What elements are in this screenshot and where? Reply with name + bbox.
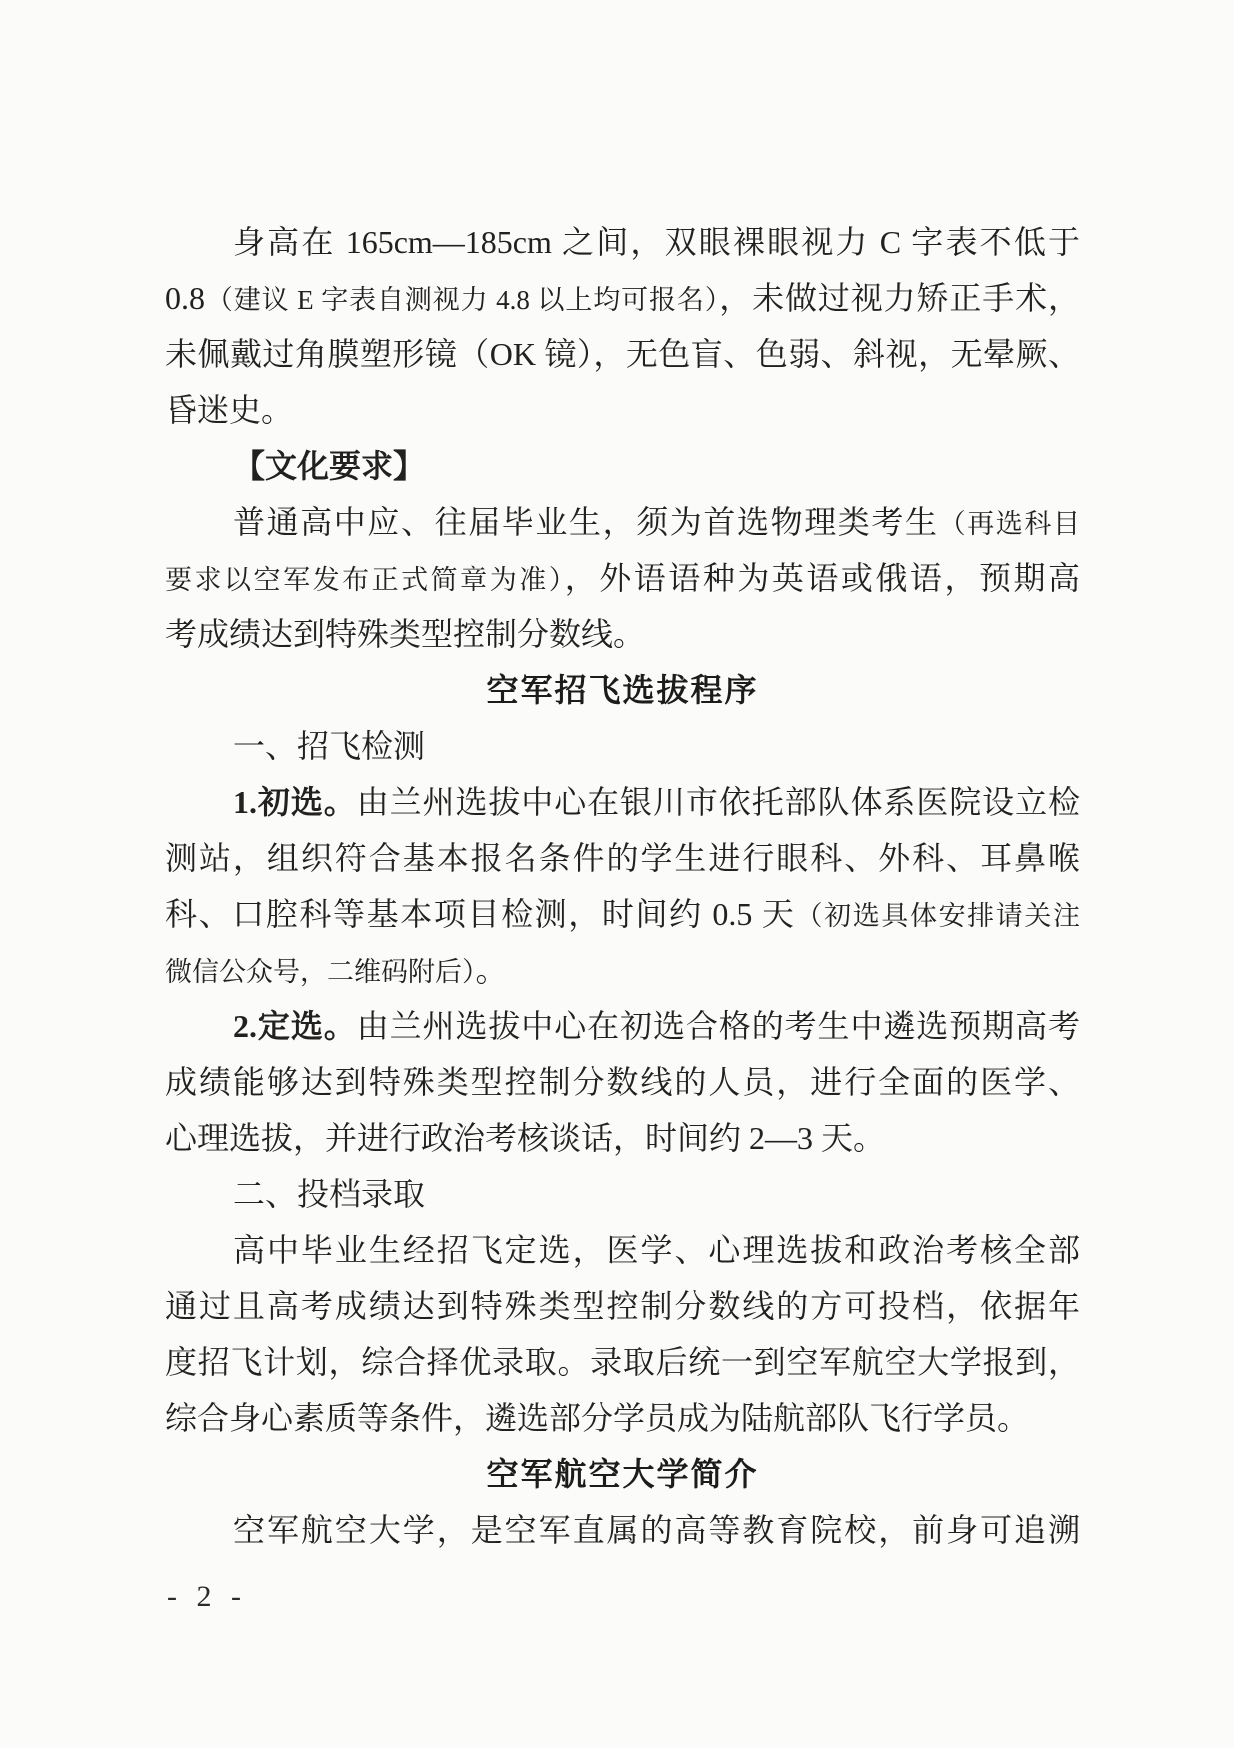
text-segment: 一、招飞检测 [233,728,425,764]
text-segment: 二、投档录取 [233,1176,425,1212]
text-segment: ，外语语种为英语或俄语，预期高 [565,560,1080,596]
text-line: 要求以空军发布正式简章为准），外语语种为英语或俄语，预期高 [165,550,1080,606]
label-culture-requirement: 【文化要求】 [165,438,1080,494]
section-title-1: 一、招飞检测 [165,718,1080,774]
text-segment: 。 [476,952,508,988]
text-segment: ，未做过视力矫正手术， [719,280,1080,316]
text-segment: 要求以空军发布正式简章为准） [165,565,565,595]
text-segment: 考成绩达到特殊类型控制分数线。 [165,616,645,652]
text-segment: 【文化要求】 [233,448,425,484]
text-line: 身高在 165cm—185cm 之间，双眼裸眼视力 C 字表不低于 [165,214,1080,270]
text-line: 成绩能够达到特殊类型控制分数线的人员，进行全面的医学、 [165,1054,1080,1110]
text-segment: 由兰州选拔中心在银川市依托部队体系医院设立检 [357,784,1080,820]
text-line: 2.定选。由兰州选拔中心在初选合格的考生中遴选预期高考 [165,998,1080,1054]
text-line: 普通高中应、往届毕业生，须为首选物理类考生（再选科目 [165,494,1080,550]
page-number: - 2 - [167,1575,247,1619]
text-segment: （初选具体安排请关注 [796,901,1080,931]
text-segment: 心理选拔，并进行政治考核谈话，时间约 2—3 天。 [165,1120,885,1156]
text-line: 微信公众号，二维码附后）。 [165,942,1080,998]
text-line: 高中毕业生经招飞定选，医学、心理选拔和政治考核全部 [165,1222,1080,1278]
text-line: 科、口腔科等基本项目检测，时间约 0.5 天（初选具体安排请关注 [165,886,1080,942]
text-segment: 高中毕业生经招飞定选，医学、心理选拔和政治考核全部 [233,1232,1080,1268]
text-segment: 空军航空大学简介 [486,1456,758,1492]
text-line: 昏迷史。 [165,382,1080,438]
text-segment: 0.8 [165,280,205,316]
text-line: 考成绩达到特殊类型控制分数线。 [165,606,1080,662]
text-segment: 度招飞计划，综合择优录取。录取后统一到空军航空大学报到， [165,1344,1080,1380]
heading-university-intro: 空军航空大学简介 [165,1446,1080,1502]
text-segment: （建议 E 字表自测视力 4.8 以上均可报名） [205,285,719,315]
text-segment: 空军航空大学，是空军直属的高等教育院校，前身可追溯 [233,1512,1080,1548]
document-page: 身高在 165cm—185cm 之间，双眼裸眼视力 C 字表不低于0.8（建议 … [0,0,1234,1748]
text-line: 心理选拔，并进行政治考核谈话，时间约 2—3 天。 [165,1110,1080,1166]
text-line: 未佩戴过角膜塑形镜（OK 镜），无色盲、色弱、斜视，无晕厥、 [165,326,1080,382]
heading-selection-procedure: 空军招飞选拔程序 [165,662,1080,718]
text-segment: 空军招飞选拔程序 [486,672,758,708]
text-segment: （再选科目 [939,509,1080,539]
text-segment: 身高在 165cm—185cm 之间，双眼裸眼视力 C 字表不低于 [233,224,1080,260]
text-line: 1.初选。由兰州选拔中心在银川市依托部队体系医院设立检 [165,774,1080,830]
text-line: 0.8（建议 E 字表自测视力 4.8 以上均可报名），未做过视力矫正手术， [165,270,1080,326]
text-segment: 测站，组织符合基本报名条件的学生进行眼科、外科、耳鼻喉 [165,840,1080,876]
document-lines: 身高在 165cm—185cm 之间，双眼裸眼视力 C 字表不低于0.8（建议 … [165,214,1080,1558]
section-title-2: 二、投档录取 [165,1166,1080,1222]
text-segment: 普通高中应、往届毕业生，须为首选物理类考生 [233,504,939,540]
text-segment: 科、口腔科等基本项目检测，时间约 0.5 天 [165,896,796,932]
text-segment: 通过且高考成绩达到特殊类型控制分数线的方可投档，依据年 [165,1288,1080,1324]
text-segment: 微信公众号，二维码附后） [165,957,476,987]
text-segment: 综合身心素质等条件，遴选部分学员成为陆航部队飞行学员。 [165,1400,1029,1436]
text-segment: 由兰州选拔中心在初选合格的考生中遴选预期高考 [357,1008,1080,1044]
text-line: 通过且高考成绩达到特殊类型控制分数线的方可投档，依据年 [165,1278,1080,1334]
text-segment: 未佩戴过角膜塑形镜（OK 镜），无色盲、色弱、斜视，无晕厥、 [165,336,1080,372]
text-line: 空军航空大学，是空军直属的高等教育院校，前身可追溯 [165,1502,1080,1558]
text-segment: 1.初选。 [233,784,357,820]
text-line: 综合身心素质等条件，遴选部分学员成为陆航部队飞行学员。 [165,1390,1080,1446]
text-line: 测站，组织符合基本报名条件的学生进行眼科、外科、耳鼻喉 [165,830,1080,886]
text-segment: 2.定选。 [233,1008,357,1044]
text-segment: 昏迷史。 [165,392,293,428]
text-segment: 成绩能够达到特殊类型控制分数线的人员，进行全面的医学、 [165,1064,1080,1100]
text-line: 度招飞计划，综合择优录取。录取后统一到空军航空大学报到， [165,1334,1080,1390]
